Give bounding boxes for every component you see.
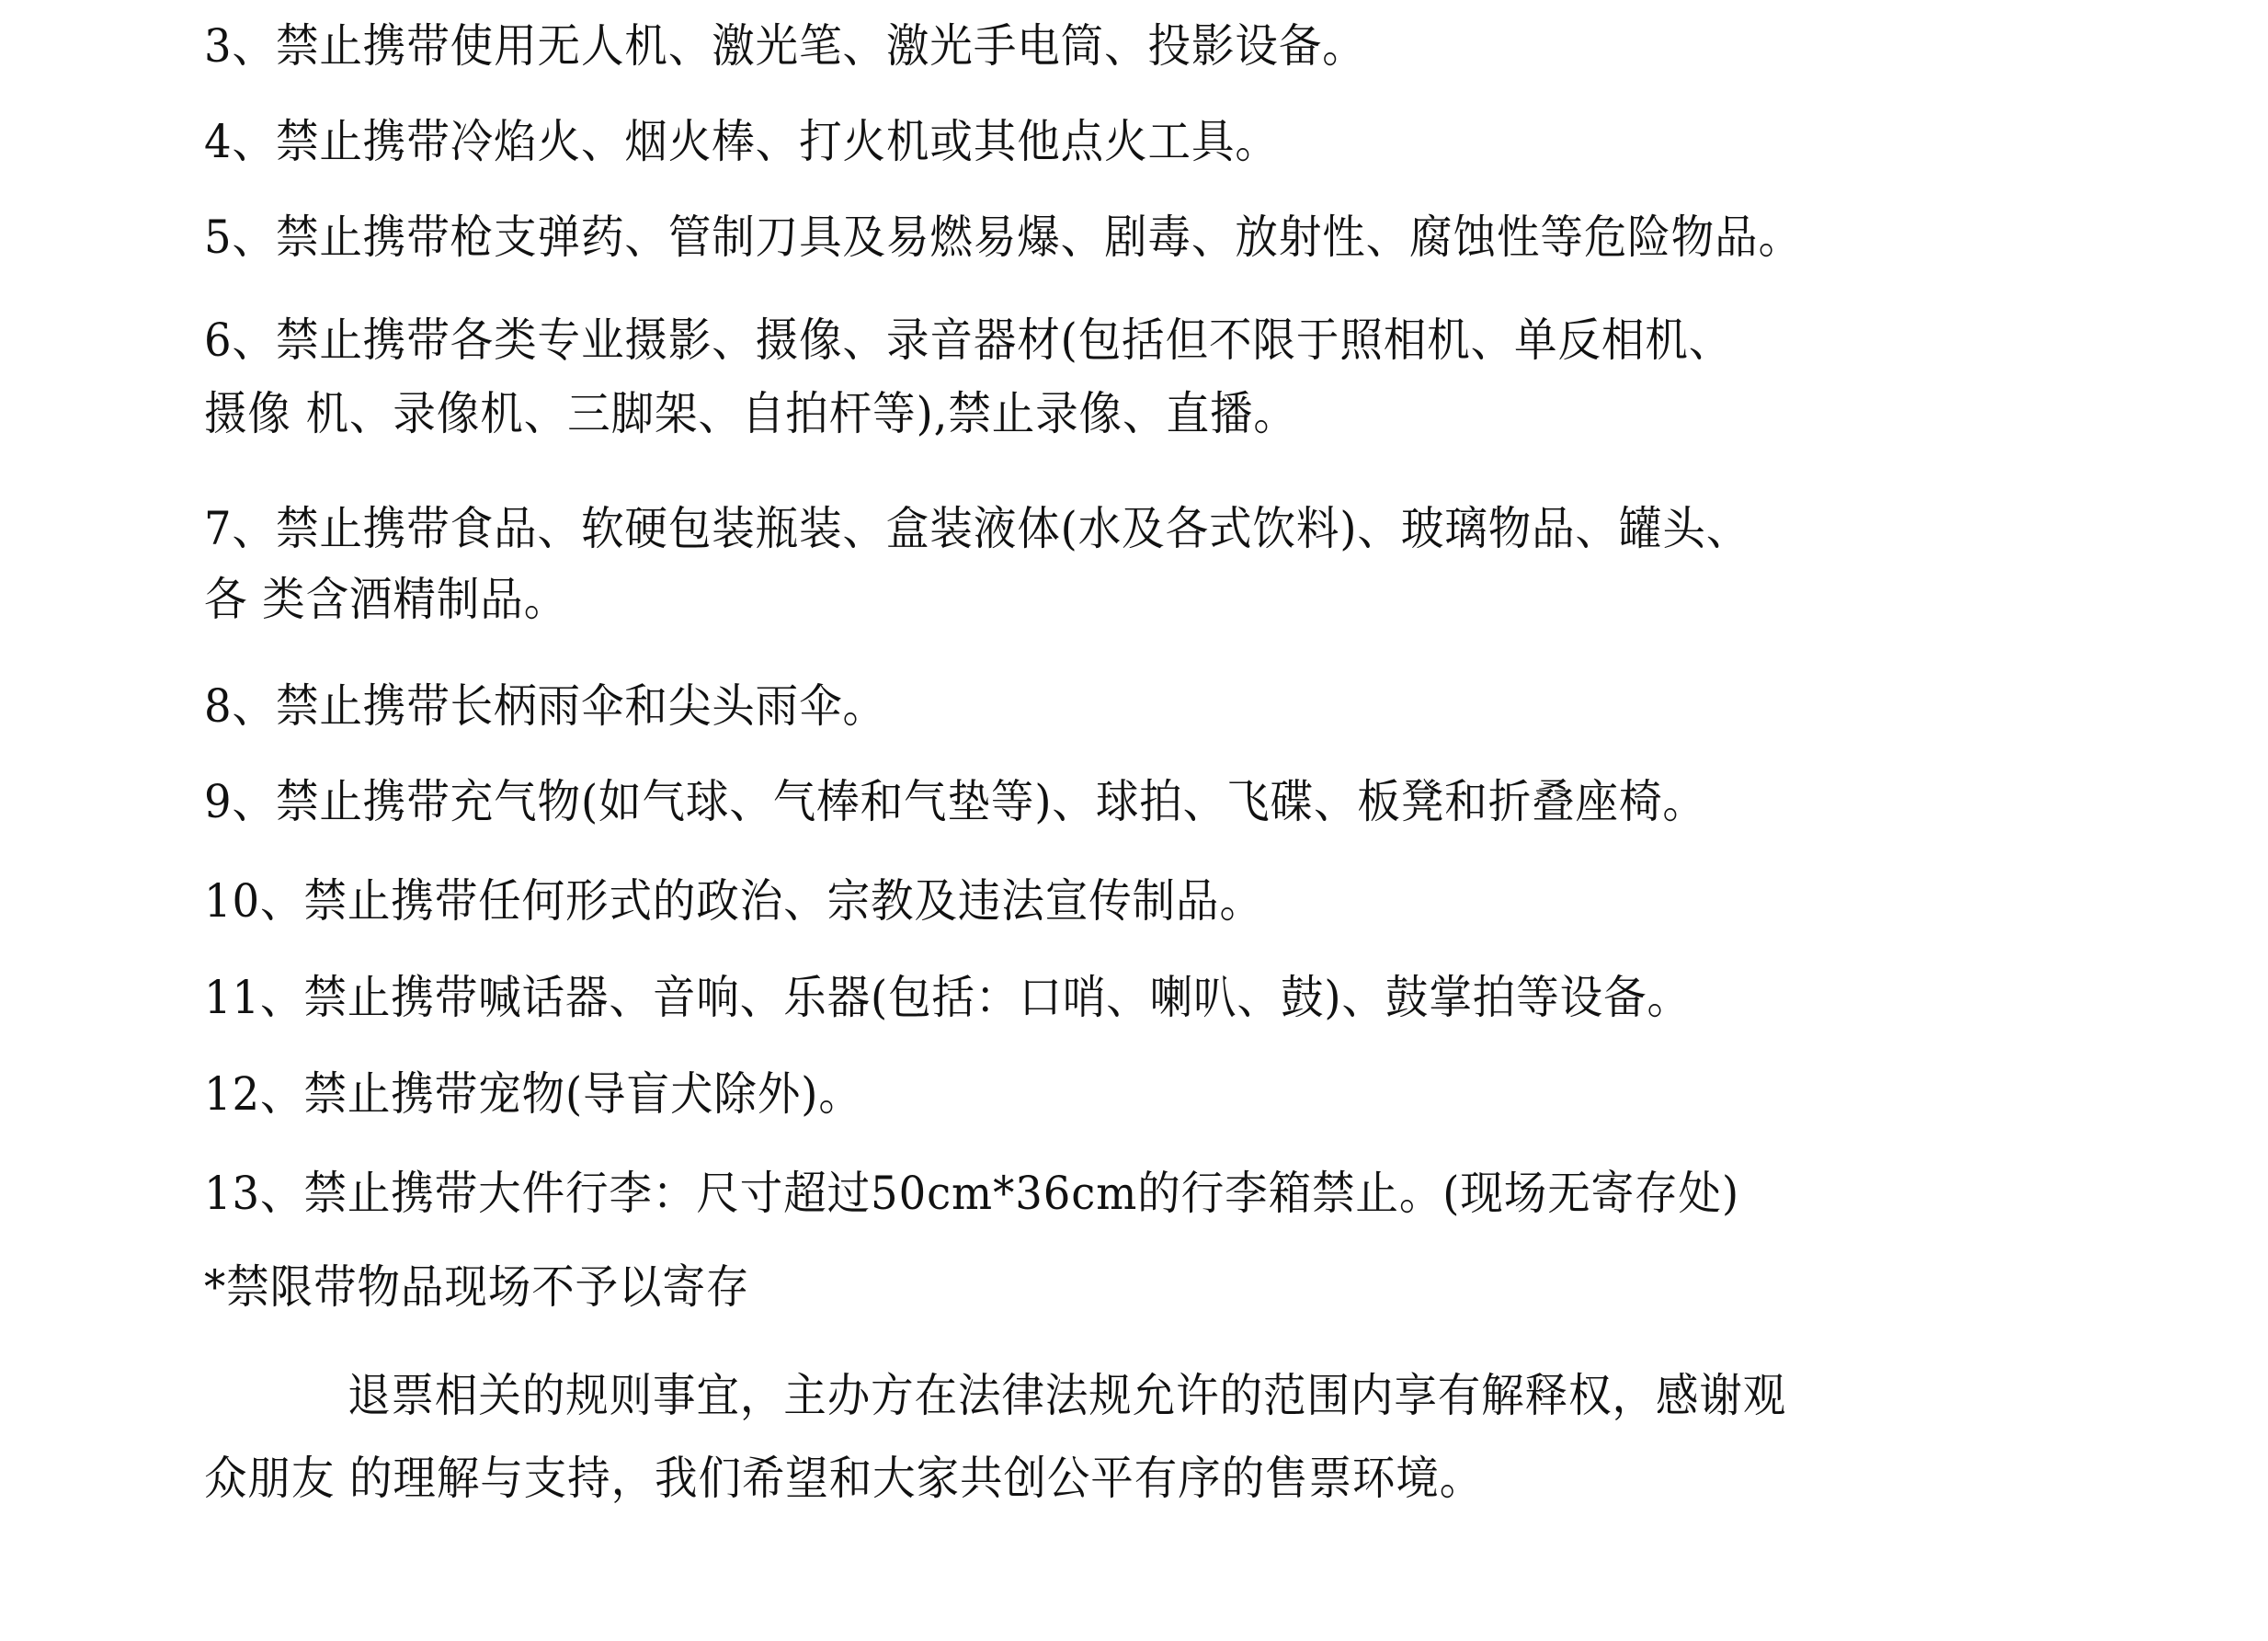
document-page: 3、禁止携带使用无人机、激光笔、激光手电筒、投影设备。 4、禁止携带冷焰火、烟火…: [0, 0, 2268, 1641]
rule-10: 10、禁止携带任何形式的政治、宗教及违法宣传制品。: [204, 873, 1263, 929]
rule-4: 4、禁止携带冷焰火、烟火棒、打火机或其他点火工具。: [204, 114, 1279, 169]
rule-9: 9、禁止携带充气物(如气球、气棒和气垫等)、球拍、飞碟、板凳和折叠座椅。: [204, 774, 1706, 829]
rule-7-line-1: 7、禁止携带食品、软硬包装瓶装、盒装液体(水及各式饮料)、玻璃物品、罐头、: [204, 501, 1749, 556]
closing-paragraph-line-1: 退票相关的规则事宜，主办方在法律法规允许的范围内享有解释权，感谢观: [348, 1368, 1786, 1423]
storage-note: *禁限带物品现场不予以寄存: [204, 1259, 749, 1315]
rule-7-line-2: 各 类含酒精制品。: [204, 572, 567, 627]
rule-13: 13、禁止携带大件行李：尺寸超过50cm*36cm的行李箱禁止。(现场无寄存处): [204, 1166, 1739, 1221]
rule-11: 11、禁止携带喊话器、音响、乐器(包括：口哨、喇叭、鼓)、鼓掌拍等设备。: [204, 970, 1691, 1025]
closing-paragraph-line-2: 众朋友 的理解与支持，我们希望和大家共创公平有序的售票环境。: [204, 1451, 1483, 1506]
rule-5: 5、禁止携带枪支弹药、管制刀具及易燃易爆、剧毒、放射性、腐蚀性等危险物品。: [204, 210, 1802, 265]
rule-6-line-1: 6、禁止携带各类专业摄影、摄像、录音器材(包括但不限于照相机、单反相机、: [204, 313, 1732, 368]
rule-8: 8、禁止携带长柄雨伞和尖头雨伞。: [204, 678, 886, 734]
rule-3: 3、禁止携带使用无人机、激光笔、激光手电筒、投影设备。: [204, 18, 1366, 74]
rule-6-line-2: 摄像 机、录像机、三脚架、自拍杆等),禁止录像、直播。: [204, 386, 1297, 441]
rule-12: 12、禁止携带宠物(导盲犬除外)。: [204, 1066, 862, 1122]
